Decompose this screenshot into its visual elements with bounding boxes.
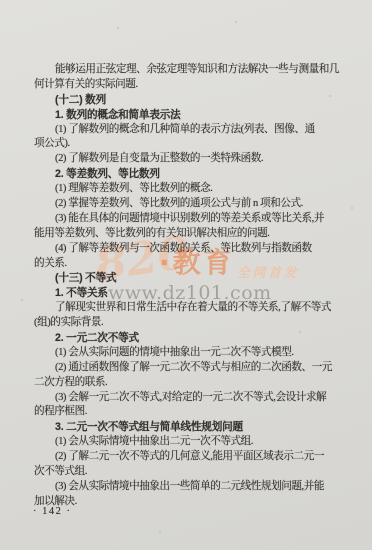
text-line: 项公式). (34, 137, 348, 152)
heading-line: 3. 二元一次不等式组与简单线性规划问题 (34, 420, 348, 435)
text-line: 加以解决. (34, 495, 348, 510)
text-line: 能够运用正弦定理、余弦定理等知识和方法解决一些与测量和几 (34, 63, 348, 78)
heading-line: 1. 不等关系 (34, 286, 348, 301)
text-line: (3) 会从实际情境中抽象出一些简单的二元线性规划问题,并能 (34, 480, 348, 495)
text-line: (组)的实际背景. (34, 316, 348, 331)
text-line: 能用等差数列、等比数列的有关知识解决相应的问题. (34, 227, 348, 242)
text-line: 何计算有关的实际问题. (34, 78, 348, 93)
text-line: 的关系. (34, 257, 348, 272)
text-line: (1) 会从实际问题的情境中抽象出一元二次不等式模型. (34, 346, 348, 361)
page-number: · 142 · (33, 506, 72, 517)
text-line: (2) 通过函数图像了解一元二次不等式与相应的二次函数、一元 (34, 361, 348, 376)
text-line: 的程序框图. (34, 405, 348, 420)
text-line: (4) 了解等差数列与一次函数的关系、等比数列与指数函数 (34, 242, 348, 257)
text-line: (2) 掌握等差数列、等比数列的通项公式与前 n 项和公式. (34, 197, 348, 212)
text-line: 二次方程的联系. (34, 376, 348, 391)
text-line: (3) 能在具体的问题情境中识别数列的等差关系或等比关系,并 (34, 212, 348, 227)
heading-line: 2. 等差数列、等比数列 (34, 167, 348, 182)
text-line: (1) 会从实际情境中抽象出二元一次不等式组. (34, 435, 348, 450)
heading-line: 1. 数列的概念和简单表示法 (34, 108, 348, 123)
text-line: (3) 会解一元二次不等式,对给定的一元二次不等式,会设计求解 (34, 391, 348, 406)
text-line: 次不等式组. (34, 465, 348, 480)
text-line: (2) 了解二元一次不等式的几何意义,能用平面区域表示二元一 (34, 450, 348, 465)
text-block: 能够运用正弦定理、余弦定理等知识和方法解决一些与测量和几何计算有关的实际问题.(… (34, 63, 348, 510)
text-line: (1) 理解等差数列、等比数列的概念. (34, 182, 348, 197)
text-line: (1) 了解数列的概念和几种简单的表示方法(列表、图像、通 (34, 123, 348, 138)
text-line: (2) 了解数列是自变量为正整数的一类特殊函数. (34, 152, 348, 167)
heading-line: (十二) 数列 (34, 93, 348, 108)
heading-line: 2. 一元二次不等式 (34, 331, 348, 346)
heading-line: (十三) 不等式 (34, 271, 348, 286)
text-line: 了解现实世界和日常生活中存在着大量的不等关系,了解不等式 (34, 301, 348, 316)
